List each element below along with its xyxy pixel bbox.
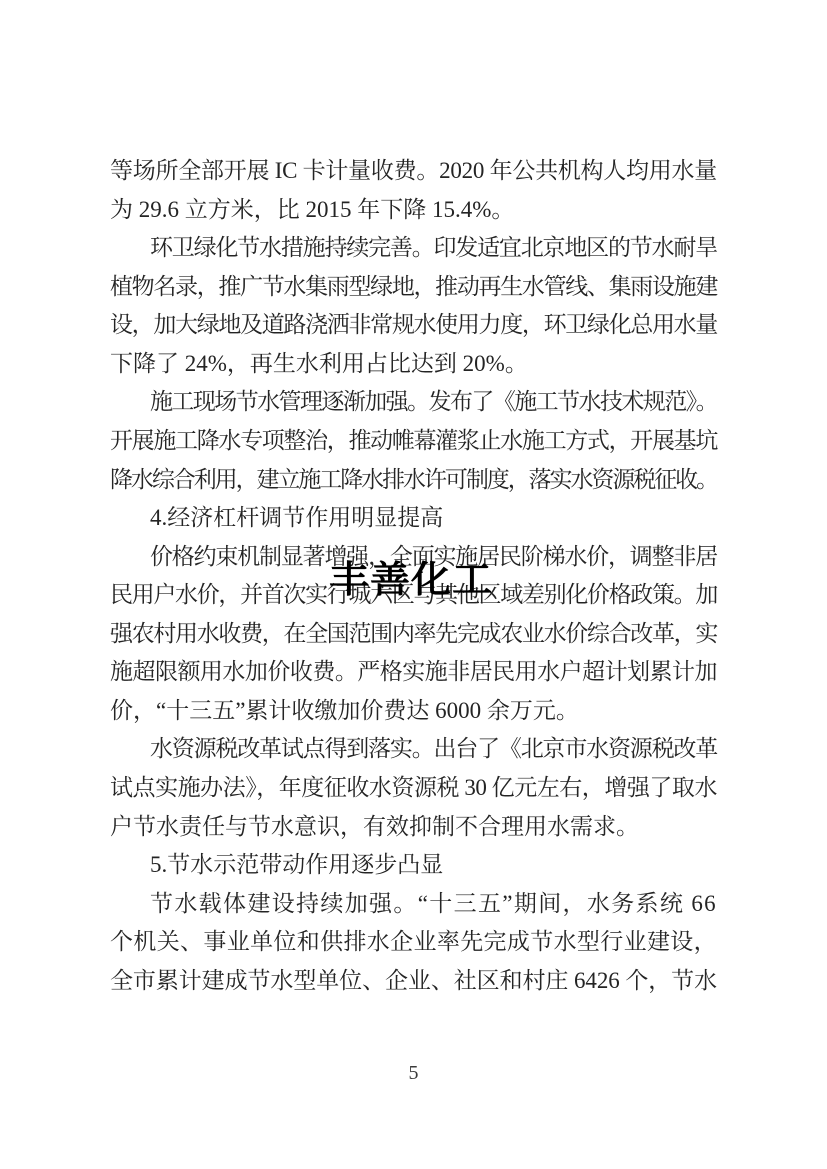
line-text: 为 29.6 立方米，比 2015 年下降 15.4%。 xyxy=(110,191,514,230)
line-text: 下降了 24%，再生水利用占比达到 20%。 xyxy=(110,345,528,384)
line-text: 个机关、事业单位和供排水企业率先完成节水型行业建设， xyxy=(110,923,717,962)
watermark: 丰善化工 xyxy=(329,560,493,600)
line-text: 4.经济杠杆调节作用明显提高 xyxy=(150,499,443,538)
line-text: 水资源税改革试点得到落实。出台了《北京市水资源税改革 xyxy=(150,730,717,769)
line-text: 开展施工降水专项整治，推动帷幕灌浆止水施工方式，开展基坑 xyxy=(110,422,717,461)
body-line: 个机关、事业单位和供排水企业率先完成节水型行业建设， xyxy=(110,923,717,962)
body-line: 为 29.6 立方米，比 2015 年下降 15.4%。 xyxy=(110,191,717,230)
line-text: 试点实施办法》，年度征收水资源税 30 亿元左右，增强了取水 xyxy=(110,769,717,808)
body-line: 下降了 24%，再生水利用占比达到 20%。 xyxy=(110,345,717,384)
body-line: 设，加大绿地及道路浇洒非常规水使用力度，环卫绿化总用水量 xyxy=(110,306,717,345)
section-heading: 4.经济杠杆调节作用明显提高 xyxy=(110,499,717,538)
document-page: 等场所全部开展 IC 卡计量收费。2020 年公共机构人均用水量为 29.6 立… xyxy=(0,0,827,1169)
body-line: 等场所全部开展 IC 卡计量收费。2020 年公共机构人均用水量 xyxy=(110,152,717,191)
line-text: 价，“十三五”累计收缴加价费达 6000 余万元。 xyxy=(110,692,579,731)
line-text: 户节水责任与节水意识，有效抑制不合理用水需求。 xyxy=(110,808,639,847)
line-text: 节水载体建设持续加强。“十三五”期间，水务系统 66 xyxy=(150,885,717,924)
section-heading: 5.节水示范带动作用逐步凸显 xyxy=(110,846,717,885)
line-text: 施超限额用水加价收费。严格实施非居民用水户超计划累计加 xyxy=(110,653,717,692)
body-line: 强农村用水收费，在全国范围内率先完成农业水价综合改革，实 xyxy=(110,615,717,654)
line-text: 降水综合利用，建立施工降水排水许可制度，落实水资源税征收。 xyxy=(110,461,717,500)
body-line: 价，“十三五”累计收缴加价费达 6000 余万元。 xyxy=(110,692,717,731)
body-line: 降水综合利用，建立施工降水排水许可制度，落实水资源税征收。 xyxy=(110,461,717,500)
body-line: 节水载体建设持续加强。“十三五”期间，水务系统 66 xyxy=(110,885,717,924)
line-text: 强农村用水收费，在全国范围内率先完成农业水价综合改革，实 xyxy=(110,615,717,654)
line-text: 等场所全部开展 IC 卡计量收费。2020 年公共机构人均用水量 xyxy=(110,152,717,191)
body-line: 水资源税改革试点得到落实。出台了《北京市水资源税改革 xyxy=(110,730,717,769)
body-line: 施工现场节水管理逐渐加强。发布了《施工节水技术规范》。 xyxy=(110,383,717,422)
line-text: 植物名录，推广节水集雨型绿地，推动再生水管线、集雨设施建 xyxy=(110,268,717,307)
body-line: 开展施工降水专项整治，推动帷幕灌浆止水施工方式，开展基坑 xyxy=(110,422,717,461)
body-line: 户节水责任与节水意识，有效抑制不合理用水需求。 xyxy=(110,808,717,847)
line-text: 设，加大绿地及道路浇洒非常规水使用力度，环卫绿化总用水量 xyxy=(110,306,717,345)
line-text: 全市累计建成节水型单位、企业、社区和村庄 6426 个，节水 xyxy=(110,962,717,1001)
line-text: 5.节水示范带动作用逐步凸显 xyxy=(150,846,443,885)
body-line: 全市累计建成节水型单位、企业、社区和村庄 6426 个，节水 xyxy=(110,962,717,1001)
body-line: 环卫绿化节水措施持续完善。印发适宜北京地区的节水耐旱 xyxy=(110,229,717,268)
body-line: 试点实施办法》，年度征收水资源税 30 亿元左右，增强了取水 xyxy=(110,769,717,808)
body-line: 施超限额用水加价收费。严格实施非居民用水户超计划累计加 xyxy=(110,653,717,692)
body-line: 植物名录，推广节水集雨型绿地，推动再生水管线、集雨设施建 xyxy=(110,268,717,307)
page-footer: 5 xyxy=(110,1062,717,1085)
line-text: 环卫绿化节水措施持续完善。印发适宜北京地区的节水耐旱 xyxy=(150,229,717,268)
line-text: 施工现场节水管理逐渐加强。发布了《施工节水技术规范》。 xyxy=(150,383,717,422)
page-number: 5 xyxy=(409,1062,419,1084)
